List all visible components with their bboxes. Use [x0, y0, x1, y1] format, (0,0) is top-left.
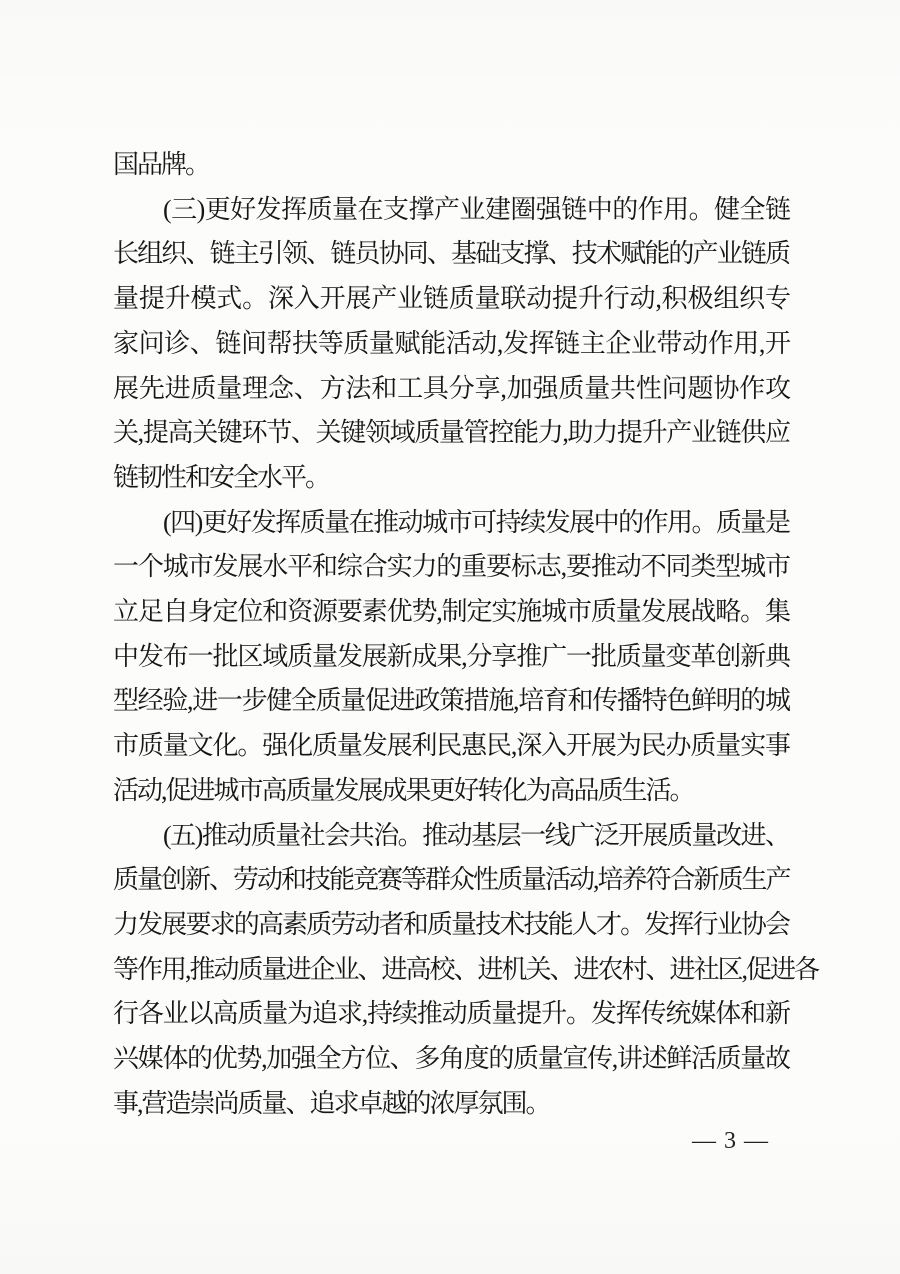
text-line: 链韧性和安全水平。 — [113, 456, 789, 501]
text-line: 中发布一批区域质量发展新成果,分享推广一批质量变革创新典 — [113, 635, 789, 680]
text-line: 活动,促进城市高质量发展成果更好转化为高品质生活。 — [113, 769, 789, 814]
text-line: 型经验,进一步健全质量促进政策措施,培育和传播特色鲜明的城 — [113, 679, 789, 724]
text-line: (四)更好发挥质量在推动城市可持续发展中的作用。质量是 — [113, 501, 789, 546]
paragraph-section-3: (三)更好发挥质量在支撑产业建圈强链中的作用。健全链 长组织、链主引领、链员协同… — [113, 188, 789, 501]
text-line: (五)推动质量社会共治。推动基层一线广泛开展质量改进、 — [113, 814, 789, 859]
text-line: 展先进质量理念、方法和工具分享,加强质量共性问题协作攻 — [113, 367, 789, 412]
paragraph-section-4: (四)更好发挥质量在推动城市可持续发展中的作用。质量是 一个城市发展水平和综合实… — [113, 501, 789, 814]
paragraph-continuation: 国品牌。 — [113, 143, 789, 188]
text-line: 质量创新、劳动和技能竞赛等群众性质量活动,培养符合新质生产 — [113, 858, 789, 903]
document-body: 国品牌。 (三)更好发挥质量在支撑产业建圈强链中的作用。健全链 长组织、链主引领… — [113, 143, 789, 1126]
text-line: 市质量文化。强化质量发展利民惠民,深入开展为民办质量实事 — [113, 724, 789, 769]
text-line: 一个城市发展水平和综合实力的重要标志,要推动不同类型城市 — [113, 545, 789, 590]
text-line: 家问诊、链间帮扶等质量赋能活动,发挥链主企业带动作用,开 — [113, 322, 789, 367]
text-line: 事,营造崇尚质量、追求卓越的浓厚氛围。 — [113, 1082, 789, 1127]
document-page: 国品牌。 (三)更好发挥质量在支撑产业建圈强链中的作用。健全链 长组织、链主引领… — [0, 0, 900, 1274]
text-line: 量提升模式。深入开展产业链质量联动提升行动,积极组织专 — [113, 277, 789, 322]
paragraph-section-5: (五)推动质量社会共治。推动基层一线广泛开展质量改进、 质量创新、劳动和技能竞赛… — [113, 814, 789, 1127]
text-line: 关,提高关键环节、关键领域质量管控能力,助力提升产业链供应 — [113, 411, 789, 456]
text-line: 长组织、链主引领、链员协同、基础支撑、技术赋能的产业链质 — [113, 232, 789, 277]
text-line: (三)更好发挥质量在支撑产业建圈强链中的作用。健全链 — [113, 188, 789, 233]
text-line: 等作用,推动质量进企业、进高校、进机关、进农村、进社区,促进各 — [113, 948, 789, 993]
text-line: 行各业以高质量为追求,持续推动质量提升。发挥传统媒体和新 — [113, 992, 789, 1037]
page-number: — 3 — — [692, 1126, 769, 1156]
text-line: 力发展要求的高素质劳动者和质量技术技能人才。发挥行业协会 — [113, 903, 789, 948]
text-line: 立足自身定位和资源要素优势,制定实施城市质量发展战略。集 — [113, 590, 789, 635]
text-line: 国品牌。 — [113, 143, 789, 188]
text-line: 兴媒体的优势,加强全方位、多角度的质量宣传,讲述鲜活质量故 — [113, 1037, 789, 1082]
